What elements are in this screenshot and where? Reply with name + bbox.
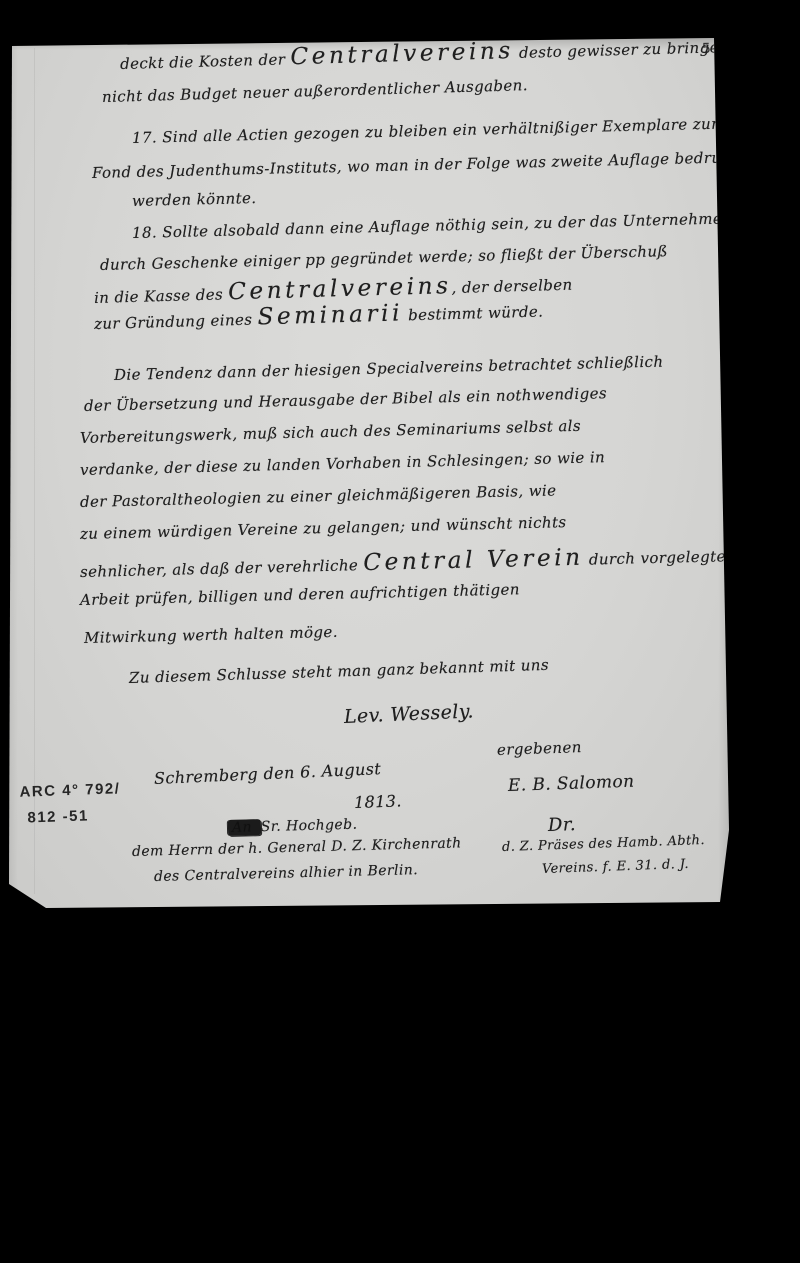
handwriting-segment: verdanke, der diese zu landen Vorhaben i… <box>80 448 606 479</box>
archival-reference-line2: 812 -51 <box>20 802 122 831</box>
emphasized-word: Seminarii <box>257 299 403 330</box>
manuscript-line: Vereins. f. E. 31. d. J. <box>542 857 689 878</box>
emphasized-word: Centralvereins <box>290 37 514 70</box>
handwriting-segment: d. Z. Präses des Hamb. Abth. <box>502 833 705 855</box>
handwriting-segment: durch Geschenke einiger pp gegründet wer… <box>100 242 668 274</box>
manuscript-line: An Sr. Hochgeb. <box>228 817 358 837</box>
manuscript-line: der Übersetzung und Herausgabe der Bibel… <box>84 384 607 415</box>
manuscript-line: werden könnte. <box>132 189 257 210</box>
handwriting-segment: der Übersetzung und Herausgabe der Bibel… <box>84 384 607 415</box>
manuscript-line: durch Geschenke einiger pp gegründet wer… <box>100 242 668 274</box>
manuscript-line: Lev. Wessely. <box>344 700 475 728</box>
handwriting-segment: Lev. Wessely. <box>344 700 475 728</box>
handwriting-segment: der Pastoraltheologien zu einer gleichmä… <box>80 481 557 511</box>
manuscript-line: verdanke, der diese zu landen Vorhaben i… <box>80 448 606 479</box>
handwriting-segment: nicht das Budget neuer außerordentlicher… <box>102 76 528 106</box>
handwriting-segment: zu einem würdigen Vereine zu gelangen; u… <box>80 513 567 543</box>
manuscript-line: deckt die Kosten der Centralvereins dest… <box>120 31 730 76</box>
scan-background: 5 ARC 4° 792/ 812 -51 deckt die Kosten d… <box>0 0 800 1263</box>
manuscript-line: 18. Sollte alsobald dann eine Auflage nö… <box>132 209 733 242</box>
handwriting-segment: des Centralvereins alhier in Berlin. <box>154 862 418 885</box>
handwriting-segment: ergebenen <box>497 738 582 759</box>
archival-reference-line1: ARC 4° 792/ <box>19 776 121 805</box>
handwriting-segment: desto gewisser zu bringen <box>514 38 730 62</box>
manuscript-line: des Centralvereins alhier in Berlin. <box>154 862 418 886</box>
manuscript-line: Mitwirkung werth halten möge. <box>84 623 338 647</box>
handwriting-segment: 17. Sind alle Actien gezogen zu bleiben … <box>132 114 726 147</box>
handwriting-segment: bestimmt würde. <box>403 302 544 324</box>
manuscript-line: 17. Sind alle Actien gezogen zu bleiben … <box>132 114 726 147</box>
handwriting-segment: Schremberg den 6. August <box>154 759 382 788</box>
handwriting-segment: Vorbereitungswerk, muß sich auch des Sem… <box>80 417 581 447</box>
manuscript-page: 5 ARC 4° 792/ 812 -51 deckt die Kosten d… <box>8 36 730 908</box>
manuscript-line: Vorbereitungswerk, muß sich auch des Sem… <box>80 417 581 447</box>
manuscript-line: der Pastoraltheologien zu einer gleichmä… <box>80 481 557 511</box>
manuscript-line: dem Herrn der h. General D. Z. Kirchenra… <box>132 835 462 860</box>
handwriting-segment: durch vorgelegte <box>583 547 726 568</box>
handwriting-segment: Vereins. f. E. 31. d. J. <box>542 857 689 877</box>
emphasized-word: Central Verein <box>363 544 584 576</box>
handwriting-segment: zur Gründung eines <box>94 310 258 333</box>
handwriting-segment: Die Tendenz dann der hiesigen Specialver… <box>114 353 664 384</box>
manuscript-line: Arbeit prüfen, billigen und deren aufric… <box>80 580 520 609</box>
manuscript-line: zu einem würdigen Vereine zu gelangen; u… <box>80 513 567 543</box>
manuscript-line: sehnlicher, als daß der verehrliche Cent… <box>80 540 726 584</box>
manuscript-line: ergebenen <box>497 738 582 759</box>
manuscript-line: d. Z. Präses des Hamb. Abth. <box>502 833 705 856</box>
handwriting-segment: Mitwirkung werth halten möge. <box>84 623 338 647</box>
manuscript-line: Dr. <box>548 814 577 837</box>
manuscript-line: Die Tendenz dann der hiesigen Specialver… <box>114 353 664 384</box>
handwriting-segment: dem Herrn der h. General D. Z. Kirchenra… <box>132 835 462 860</box>
handwriting-segment: werden könnte. <box>132 189 257 210</box>
handwriting-segment: Sr. Hochgeb. <box>261 817 358 836</box>
handwriting-segment: Dr. <box>548 814 577 836</box>
struck-out-word: An <box>228 819 261 836</box>
manuscript-line: Schremberg den 6. August <box>154 759 382 788</box>
handwriting-segment: in die Kasse des <box>94 285 229 307</box>
handwriting-segment: 18. Sollte alsobald dann eine Auflage nö… <box>132 209 733 242</box>
handwriting-segment: E. B. Salomon <box>508 772 635 796</box>
handwriting-segment: Arbeit prüfen, billigen und deren aufric… <box>80 580 520 609</box>
fold-crease <box>34 48 35 894</box>
handwriting-segment: sehnlicher, als daß der verehrliche <box>80 556 364 581</box>
manuscript-line: 1813. <box>354 791 402 812</box>
handwriting-segment: deckt die Kosten der <box>120 50 291 73</box>
handwriting-segment: 1813. <box>354 791 402 812</box>
manuscript-line: E. B. Salomon <box>508 772 635 797</box>
archival-reference: ARC 4° 792/ 812 -51 <box>19 776 122 830</box>
manuscript-line: Zu diesem Schlusse steht man ganz bekann… <box>129 656 549 687</box>
manuscript-line: Fond des Judenthums-Instituts, wo man in… <box>92 148 747 182</box>
handwriting-segment: Zu diesem Schlusse steht man ganz bekann… <box>129 656 549 687</box>
handwriting-segment: , der derselben <box>451 276 573 297</box>
handwriting-segment: Fond des Judenthums-Instituts, wo man in… <box>92 148 747 182</box>
manuscript-line: nicht das Budget neuer außerordentlicher… <box>102 76 528 106</box>
